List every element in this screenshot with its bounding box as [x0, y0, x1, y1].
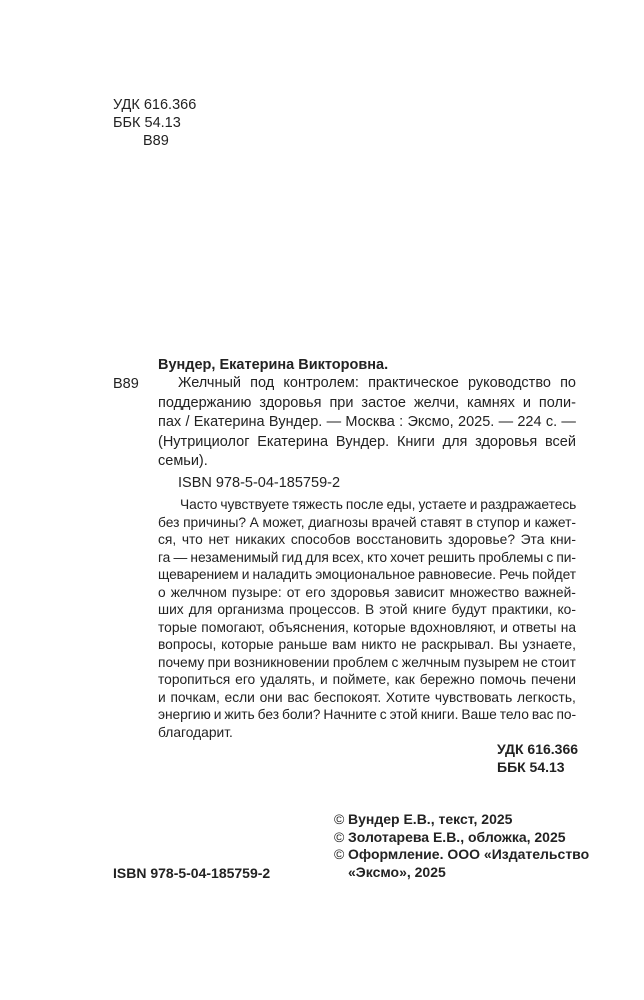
- copyright-text: Вундер Е.В., текст, 2025: [348, 811, 512, 829]
- card-author-mark: В89: [113, 374, 139, 394]
- annotation-line: энергию и жить без боли? Начните с этой …: [158, 706, 576, 724]
- annotation-line: ших для организма процессов. В этой книг…: [158, 601, 576, 619]
- copyright-line: © Оформление. ООО «Издательство: [334, 846, 589, 864]
- annotation-line: благодарит.: [158, 724, 576, 742]
- annotation-line: вопросы, которые раньше вам никто не рас…: [158, 636, 576, 654]
- copyright-block: © Вундер Е.В., текст, 2025 © Золотарева …: [334, 811, 589, 881]
- author-heading: Вундер, Екатерина Викторовна.: [158, 355, 388, 375]
- classification-indices: УДК 616.366 ББК 54.13 В89: [113, 96, 196, 150]
- copyright-line: © Вундер Е.В., текст, 2025: [334, 811, 589, 829]
- annotation-line: без причины? А может, диагнозы врачей ст…: [158, 514, 576, 532]
- copyright-line: © Золотарева Е.В., обложка, 2025: [334, 829, 589, 847]
- udk-index: УДК 616.366: [113, 96, 196, 114]
- copyright-text: Золотарева Е.В., обложка, 2025: [348, 829, 566, 847]
- annotation-line: и почкам, если они вас беспокоят. Хотите…: [158, 689, 576, 707]
- card-bbk-index: ББК 54.13: [497, 758, 578, 776]
- description-line: (Нутрициолог Екатерина Вундер. Книги для…: [158, 433, 576, 453]
- copyright-icon: ©: [334, 811, 348, 829]
- card-classification-indices: УДК 616.366 ББК 54.13: [497, 740, 578, 776]
- annotation-line: торые помогают, объяснения, которые вдох…: [158, 619, 576, 637]
- bibliographic-description: Желчный под контролем: практическое руко…: [158, 374, 576, 472]
- description-line: поддержанию здоровья при застое желчи, к…: [158, 394, 576, 414]
- author-mark: В89: [113, 132, 196, 150]
- copyright-indent: [334, 864, 348, 882]
- description-line: пах / Екатерина Вундер. — Москва : Эксмо…: [158, 413, 576, 433]
- copyright-icon: ©: [334, 829, 348, 847]
- description-line: семьи).: [158, 452, 576, 472]
- annotation: Часто чувствуете тяжесть после еды, уста…: [158, 496, 576, 741]
- annotation-line: га — незаменимый гид для всех, кто хочет…: [158, 549, 576, 567]
- annotation-line: щеварением и наладить эмоциональное равн…: [158, 566, 576, 584]
- bottom-isbn: ISBN 978-5-04-185759-2: [113, 864, 270, 882]
- annotation-line: Часто чувствуете тяжесть после еды, уста…: [158, 496, 576, 514]
- annotation-line: торопиться его удалять, и поймете, как б…: [158, 671, 576, 689]
- description-line: Желчный под контролем: практическое руко…: [158, 374, 576, 394]
- card-isbn: ISBN 978-5-04-185759-2: [178, 473, 340, 493]
- copyright-icon: ©: [334, 846, 348, 864]
- bbk-index: ББК 54.13: [113, 114, 196, 132]
- copyright-text: Оформление. ООО «Издательство: [348, 846, 589, 864]
- copyright-text: «Эксмо», 2025: [348, 864, 446, 882]
- annotation-line: о желчном пузыре: от его здоровья зависи…: [158, 584, 576, 602]
- copyright-line: «Эксмо», 2025: [334, 864, 589, 882]
- annotation-line: почему при возникновении проблем с желчн…: [158, 654, 576, 672]
- card-udk-index: УДК 616.366: [497, 740, 578, 758]
- annotation-line: ся, что нет никаких способов восстановит…: [158, 531, 576, 549]
